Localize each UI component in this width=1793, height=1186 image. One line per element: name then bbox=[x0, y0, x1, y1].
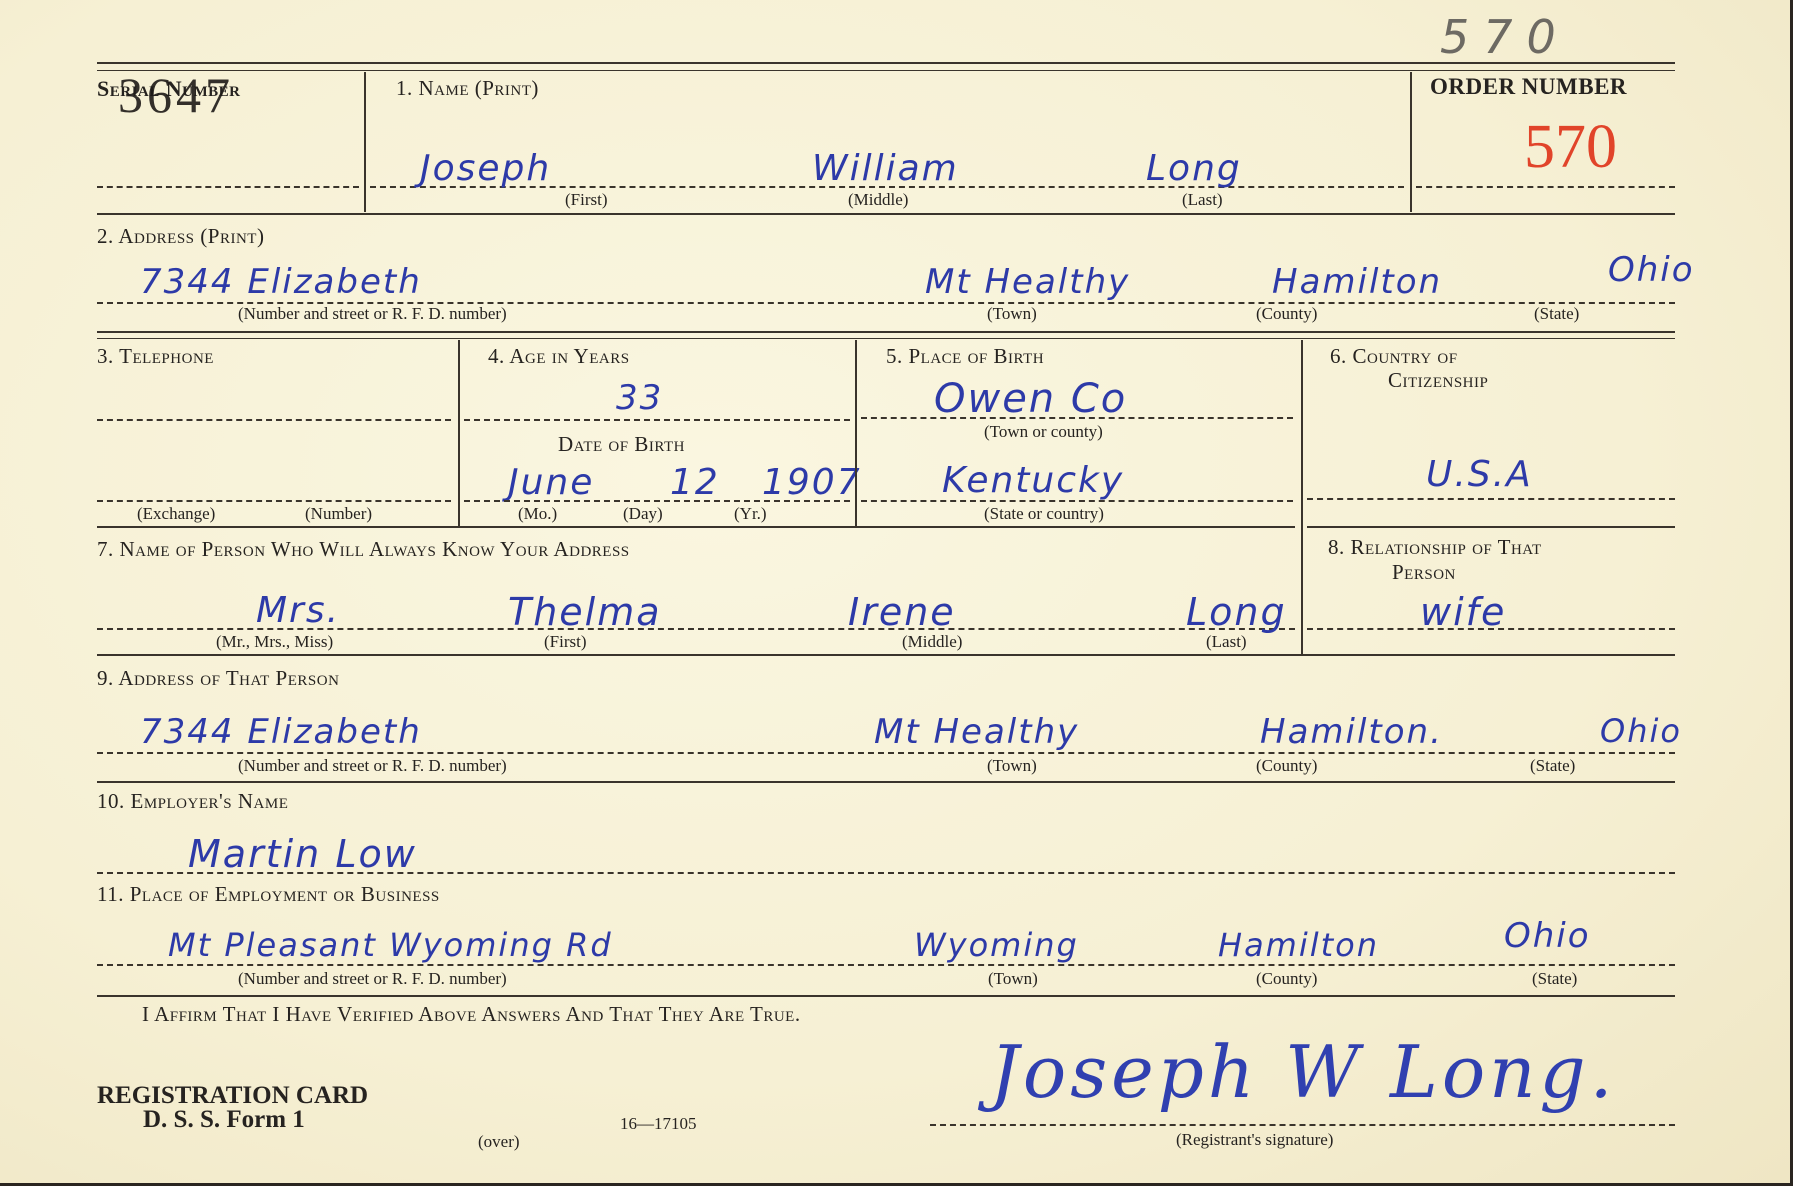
contact-address-state-value: Ohio bbox=[1600, 712, 1682, 750]
employer-field[interactable] bbox=[97, 872, 1675, 874]
contact-address-street-caption: (Number and street or R. F. D. number) bbox=[238, 756, 507, 776]
serial-number-stamp: 3647 bbox=[118, 66, 234, 124]
age-value: 33 bbox=[616, 378, 663, 418]
divider bbox=[855, 340, 857, 526]
registration-card: 570 Serial Number 3647 1. Name (Print) J… bbox=[0, 0, 1793, 1186]
pencil-order-number: 570 bbox=[1440, 10, 1570, 64]
birthplace-state-field[interactable] bbox=[861, 500, 1293, 502]
order-number-label: ORDER NUMBER bbox=[1430, 74, 1627, 100]
citizenship-label-line2: Citizenship bbox=[1388, 368, 1488, 393]
row-rule bbox=[1307, 526, 1675, 528]
row-rule bbox=[97, 213, 1675, 215]
birthplace-label: 5. Place of Birth bbox=[886, 344, 1044, 369]
birthplace-town-field[interactable] bbox=[861, 417, 1293, 419]
citizenship-field[interactable] bbox=[1307, 498, 1675, 500]
affirmation-text: I Affirm That I Have Verified Above Answ… bbox=[142, 1002, 801, 1027]
order-number-value: 570 bbox=[1524, 112, 1617, 183]
name-first-caption: (First) bbox=[565, 190, 608, 210]
employment-label: 11. Place of Employment or Business bbox=[97, 882, 440, 907]
divider bbox=[458, 340, 460, 526]
name-last-value: Long bbox=[1146, 148, 1242, 189]
telephone-number-field[interactable] bbox=[97, 500, 451, 502]
address-state-value: Ohio bbox=[1608, 250, 1695, 290]
name-last-caption: (Last) bbox=[1182, 190, 1223, 210]
name-middle-value: William bbox=[812, 148, 959, 189]
contact-middle-value: Irene bbox=[848, 590, 956, 634]
address-county-value: Hamilton bbox=[1272, 262, 1442, 302]
contact-last-caption: (Last) bbox=[1206, 632, 1247, 652]
contact-address-county-value: Hamilton. bbox=[1260, 712, 1443, 752]
contact-last-value: Long bbox=[1186, 590, 1287, 634]
name-label: 1. Name (Print) bbox=[396, 76, 539, 101]
employment-town-caption: (Town) bbox=[988, 969, 1038, 989]
name-middle-caption: (Middle) bbox=[848, 190, 908, 210]
dob-day-caption: (Day) bbox=[623, 504, 663, 524]
address-town-value: Mt Healthy bbox=[925, 262, 1130, 302]
address-county-caption: (County) bbox=[1256, 304, 1317, 324]
employment-street-value: Mt Pleasant Wyoming Rd bbox=[168, 926, 613, 964]
divider bbox=[1301, 340, 1303, 654]
dob-month-caption: (Mo.) bbox=[518, 504, 557, 524]
dob-field[interactable] bbox=[464, 500, 850, 502]
dob-year-caption: (Yr.) bbox=[734, 504, 767, 524]
contact-label: 7. Name of Person Who Will Always Know Y… bbox=[97, 537, 630, 562]
relationship-label-line1: 8. Relationship of That bbox=[1328, 535, 1542, 560]
telephone-label: 3. Telephone bbox=[97, 344, 214, 369]
employment-town-value: Wyoming bbox=[914, 926, 1079, 964]
dob-label: Date of Birth bbox=[558, 432, 685, 457]
employment-state-caption: (State) bbox=[1532, 969, 1577, 989]
contact-title-caption: (Mr., Mrs., Miss) bbox=[216, 632, 333, 652]
employer-label: 10. Employer's Name bbox=[97, 789, 288, 814]
contact-address-field[interactable] bbox=[97, 752, 1675, 754]
divider bbox=[1410, 72, 1412, 212]
form-name: D. S. S. Form 1 bbox=[143, 1106, 305, 1134]
contact-address-label: 9. Address of That Person bbox=[97, 666, 339, 691]
print-code: 16—17105 bbox=[620, 1114, 697, 1134]
employer-value: Martin Low bbox=[188, 832, 417, 876]
citizenship-label-line1: 6. Country of bbox=[1330, 344, 1458, 369]
employment-state-value: Ohio bbox=[1504, 916, 1591, 956]
signature-caption: (Registrant's signature) bbox=[1176, 1130, 1333, 1150]
address-state-caption: (State) bbox=[1534, 304, 1579, 324]
dob-year-value: 1907 bbox=[762, 462, 862, 503]
row-rule bbox=[97, 995, 1675, 997]
employment-field[interactable] bbox=[97, 964, 1675, 966]
top-rule bbox=[97, 62, 1675, 64]
age-field[interactable] bbox=[464, 419, 850, 421]
dob-day-value: 12 bbox=[670, 462, 720, 503]
contact-address-town-caption: (Town) bbox=[987, 756, 1037, 776]
row-rule bbox=[97, 781, 1675, 783]
contact-address-town-value: Mt Healthy bbox=[874, 712, 1079, 752]
age-label: 4. Age in Years bbox=[488, 344, 630, 369]
order-number-field[interactable] bbox=[1416, 186, 1675, 188]
contact-address-street-value: 7344 Elizabeth bbox=[140, 712, 422, 752]
telephone-exchange-caption: (Exchange) bbox=[137, 504, 215, 524]
divider bbox=[364, 72, 366, 212]
telephone-number-caption: (Number) bbox=[305, 504, 372, 524]
registrant-signature: Joseph W Long. bbox=[990, 1030, 1617, 1114]
contact-middle-caption: (Middle) bbox=[902, 632, 962, 652]
contact-title-value: Mrs. bbox=[256, 590, 340, 631]
address-town-caption: (Town) bbox=[987, 304, 1037, 324]
contact-address-county-caption: (County) bbox=[1256, 756, 1317, 776]
telephone-exchange-field[interactable] bbox=[97, 419, 451, 421]
birthplace-town-value: Owen Co bbox=[934, 376, 1127, 422]
row-rule bbox=[97, 526, 1295, 528]
name-first-value: Joseph bbox=[420, 148, 551, 189]
birthplace-state-value: Kentucky bbox=[942, 460, 1124, 501]
contact-first-value: Thelma bbox=[508, 590, 662, 634]
employment-county-caption: (County) bbox=[1256, 969, 1317, 989]
employment-street-caption: (Number and street or R. F. D. number) bbox=[238, 969, 507, 989]
address-label: 2. Address (Print) bbox=[97, 224, 264, 249]
address-street-caption: (Number and street or R. F. D. number) bbox=[238, 304, 507, 324]
dob-month-value: June bbox=[508, 462, 594, 503]
row-rule bbox=[97, 338, 1675, 339]
address-street-value: 7344 Elizabeth bbox=[140, 262, 422, 302]
row-rule bbox=[97, 654, 1675, 656]
relationship-label-line2: Person bbox=[1392, 560, 1456, 585]
relationship-field[interactable] bbox=[1307, 628, 1675, 630]
contact-address-state-caption: (State) bbox=[1530, 756, 1575, 776]
citizenship-value: U.S.A bbox=[1426, 454, 1533, 495]
row-rule bbox=[97, 331, 1675, 333]
top-rule-inner bbox=[97, 70, 1675, 71]
employment-county-value: Hamilton bbox=[1218, 926, 1379, 964]
contact-first-caption: (First) bbox=[544, 632, 587, 652]
signature-field[interactable] bbox=[930, 1124, 1675, 1126]
birthplace-state-caption: (State or country) bbox=[984, 504, 1104, 524]
serial-number-field[interactable] bbox=[97, 186, 359, 188]
over-note: (over) bbox=[478, 1132, 520, 1152]
birthplace-town-caption: (Town or county) bbox=[984, 422, 1103, 442]
